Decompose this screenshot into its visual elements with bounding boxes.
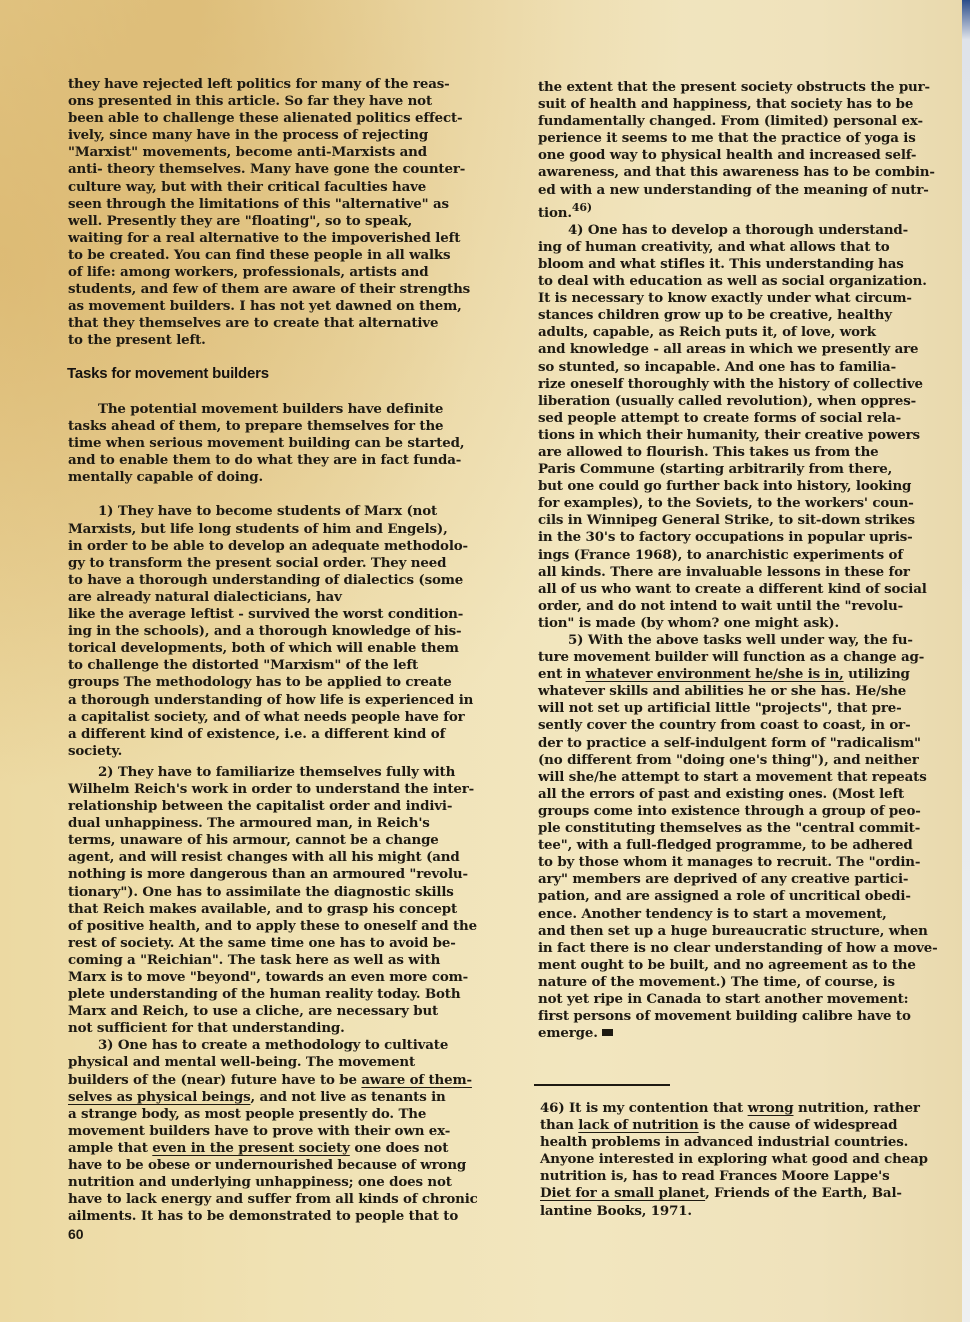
text-line: have to lack energy and suffer from all … (68, 1191, 496, 1208)
text-line: all of us who want to create a different… (538, 581, 970, 598)
task-5-paragraph: 5) With the above tasks well under way, … (538, 632, 970, 1042)
text-line: selves as physical beings, and not live … (68, 1089, 496, 1106)
text-line: ary" members are deprived of any creativ… (538, 871, 970, 888)
text-line: tasks ahead of them, to prepare themselv… (68, 418, 496, 435)
text-line: and knowledge - all areas in which we pr… (538, 341, 970, 358)
text-line: nothing is more dangerous than an armour… (68, 866, 496, 883)
text-line: not yet ripe in Canada to start another … (538, 991, 970, 1008)
text-line: to by those whom it manages to recruit. … (538, 854, 970, 871)
text-line: of positive health, and to apply these t… (68, 918, 496, 935)
text: is the cause of widespread (699, 1117, 898, 1133)
page-number: 60 (68, 1226, 84, 1242)
section-heading: Tasks for movement builders (67, 365, 269, 382)
task-1-paragraph: 1) They have to become students of Marx … (68, 503, 496, 759)
text-line: groups come into existence through a gro… (538, 803, 970, 820)
text-line: to have a thorough understanding of dial… (68, 572, 496, 589)
text-line: order, and do not intend to wait until t… (538, 598, 970, 615)
underlined-text: aware of them- (361, 1072, 472, 1088)
underlined-text: whatever environment he/she is in, (586, 666, 844, 682)
text-line: not sufficient for that understanding. (68, 1020, 496, 1037)
footnote: 46) It is my contention that wrong nutri… (540, 1100, 970, 1220)
text-line: seen through the limitations of this "al… (68, 196, 496, 213)
text: one does not (350, 1140, 448, 1156)
text-line: It is necessary to know exactly under wh… (538, 290, 970, 307)
text-line: tions in which their humanity, their cre… (538, 427, 970, 444)
text-line: 46) It is my contention that wrong nutri… (540, 1100, 970, 1117)
text-line: Anyone interested in exploring what good… (540, 1151, 970, 1168)
text-line: awareness, and that this awareness has t… (538, 164, 970, 181)
text: 46) It is my contention that (540, 1100, 748, 1116)
text-line: pation, and are assigned a role of uncri… (538, 888, 970, 905)
text-line: anti- theory themselves. Many have gone … (68, 161, 496, 178)
text-line: that they themselves are to create that … (68, 315, 496, 332)
text-line: a strange body, as most people presently… (68, 1106, 496, 1123)
text-line: ample that even in the present society o… (68, 1140, 496, 1157)
text: utilizing (844, 666, 910, 682)
footnote-reference[interactable]: 46) (572, 201, 592, 214)
underlined-text: wrong (748, 1100, 794, 1116)
text-line: adults, capable, as Reich puts it, of lo… (538, 324, 970, 341)
text-line: movement builders have to prove with the… (68, 1123, 496, 1140)
text-line: rest of society. At the same time one ha… (68, 935, 496, 952)
text-line: (no different from "doing one's thing"),… (538, 752, 970, 769)
text-line: perience it seems to me that the practic… (538, 130, 970, 147)
text-line: as movement builders. I has not yet dawn… (68, 298, 496, 315)
text-line: tee", with a full-fledged programme, to … (538, 837, 970, 854)
text-line: The potential movement builders have def… (68, 401, 496, 418)
text: nutrition, rather (793, 1100, 919, 1116)
text-line: rize oneself thoroughly with the history… (538, 376, 970, 393)
text-line: fundamentally changed. From (limited) pe… (538, 113, 970, 130)
text-line: ed with a new understanding of the meani… (538, 182, 970, 199)
text-line: ent in whatever environment he/she is in… (538, 666, 970, 683)
text-line: in the 30's to factory occupations in po… (538, 529, 970, 546)
text-line: relationship between the capitalist orde… (68, 798, 496, 815)
text-line: nutrition is, has to read Frances Moore … (540, 1168, 970, 1185)
text-line: are already natural dialecticians, hav (68, 589, 496, 606)
text-line: cils in Winnipeg General Strike, to sit-… (538, 512, 970, 529)
text-line: health problems in advanced industrial c… (540, 1134, 970, 1151)
text-line: "Marxist" movements, become anti-Marxist… (68, 144, 496, 161)
text-line: plete understanding of the human reality… (68, 986, 496, 1003)
text-line: lantine Books, 1971. (540, 1203, 970, 1220)
task-2-paragraph: 2) They have to familiarize themselves f… (68, 764, 496, 1038)
text-line: 4) One has to develop a thorough underst… (538, 222, 970, 239)
text-line: are allowed to flourish. This takes us f… (538, 444, 970, 461)
text-line: bloom and what stifles it. This understa… (538, 256, 970, 273)
task-3-paragraph: 3) One has to create a methodology to cu… (68, 1037, 496, 1225)
text: ent in (538, 666, 586, 682)
text-line: for examples), to the Soviets, to the wo… (538, 495, 970, 512)
text-line: ons presented in this article. So far th… (68, 93, 496, 110)
text-line: like the average leftist - survived the … (68, 606, 496, 623)
text-line: in order to be able to develop an adequa… (68, 538, 496, 555)
text-line: coming a "Reichian". The task here as we… (68, 952, 496, 969)
text-line: ing of human creativity, and what allows… (538, 239, 970, 256)
text-line: ence. Another tendency is to start a mov… (538, 906, 970, 923)
text-line: Wilhelm Reich's work in order to underst… (68, 781, 496, 798)
text-line: waiting for a real alternative to the im… (68, 230, 496, 247)
text-line: agent, and will resist changes with all … (68, 849, 496, 866)
text-line: Marx is to move "beyond", towards an eve… (68, 969, 496, 986)
text: , and not live as tenants in (250, 1089, 445, 1105)
text-line: physical and mental well-being. The move… (68, 1054, 496, 1071)
text: emerge. (538, 1025, 598, 1041)
text-line: sently cover the country from coast to c… (538, 717, 970, 734)
text-line: builders of the (near) future have to be… (68, 1072, 496, 1089)
text-line: ively, since many have in the process of… (68, 127, 496, 144)
text-line: ailments. It has to be demonstrated to p… (68, 1208, 496, 1225)
text-line: suit of health and happiness, that socie… (538, 96, 970, 113)
text-line: groups The methodology has to be applied… (68, 674, 496, 691)
text-line: nature of the movement.) The time, of co… (538, 974, 970, 991)
text-line: liberation (usually called revolution), … (538, 393, 970, 410)
text-line: the extent that the present society obst… (538, 79, 970, 96)
text-line: sed people attempt to create forms of so… (538, 410, 970, 427)
text-line: Diet for a small planet, Friends of the … (540, 1185, 970, 1202)
text-line: Marx and Reich, to use a cliche, are nec… (68, 1003, 496, 1020)
task-4-paragraph: 4) One has to develop a thorough underst… (538, 222, 970, 632)
text-line: torical developments, both of which will… (68, 640, 496, 657)
text-line: a thorough understanding of how life is … (68, 692, 496, 709)
text-line: that Reich makes available, and to grasp… (68, 901, 496, 918)
text-line: all kinds. There are invaluable lessons … (538, 564, 970, 581)
text-line: first persons of movement building calib… (538, 1008, 970, 1025)
text: ample that (68, 1140, 152, 1156)
text-line: society. (68, 743, 496, 760)
text-line: der to practice a self-indulgent form of… (538, 735, 970, 752)
text-line: will not set up artificial little "proje… (538, 700, 970, 717)
text-line: and to enable them to do what they are i… (68, 452, 496, 469)
text: builders of the (near) future have to be (68, 1072, 361, 1088)
text-line: and then set up a huge bureaucratic stru… (538, 923, 970, 940)
text-line: time when serious movement building can … (68, 435, 496, 452)
text-line: ment ought to be built, and no agreement… (538, 957, 970, 974)
underlined-text: lack of nutrition (578, 1117, 698, 1133)
text-line: tionary"). One has to assimilate the dia… (68, 884, 496, 901)
task-3-continued-paragraph: the extent that the present society obst… (538, 79, 970, 199)
text-line: to be created. You can find these people… (68, 247, 496, 264)
text-line: to deal with education as well as social… (538, 273, 970, 290)
text-line: well. Presently they are "floating", so … (68, 213, 496, 230)
intro-paragraph: they have rejected left politics for man… (68, 76, 496, 350)
text-line: 2) They have to familiarize themselves f… (68, 764, 496, 781)
text-line: ture movement builder will function as a… (538, 649, 970, 666)
text-line: dual unhappiness. The armoured man, in R… (68, 815, 496, 832)
text-line: 1) They have to become students of Marx … (68, 503, 496, 520)
text-line: mentally capable of doing. (68, 469, 496, 486)
text-line: Marxists, but life long students of him … (68, 521, 496, 538)
text: tion. (538, 205, 572, 221)
text-line: stances children grow up to be creative,… (538, 307, 970, 324)
text-line: to challenge the distorted "Marxism" of … (68, 657, 496, 674)
text-line: will she/he attempt to start a movement … (538, 769, 970, 786)
text-line: in fact there is no clear understanding … (538, 940, 970, 957)
left-column: they have rejected left politics for man… (68, 76, 496, 350)
right-column: the extent that the present society obst… (538, 79, 970, 1042)
text-line: gy to transform the present social order… (68, 555, 496, 572)
text-line: they have rejected left politics for man… (68, 76, 496, 93)
text-line: tion.46) (538, 199, 970, 222)
book-title: Diet for a small planet (540, 1185, 705, 1201)
underlined-text: even in the present society (152, 1140, 350, 1156)
tasks-intro-paragraph: The potential movement builders have def… (68, 401, 496, 486)
text-line: to the present left. (68, 332, 496, 349)
end-of-article-mark-icon (602, 1029, 613, 1036)
text: than (540, 1117, 578, 1133)
underlined-text: selves as physical beings (68, 1089, 250, 1105)
text-line: students, and few of them are aware of t… (68, 281, 496, 298)
text-line: but one could go further back into histo… (538, 478, 970, 495)
text-line: ple constituting themselves as the "cent… (538, 820, 970, 837)
text-line: ing in the schools), and a thorough know… (68, 623, 496, 640)
text-line: emerge. (538, 1025, 970, 1042)
text-line: a capitalist society, and of what needs … (68, 709, 496, 726)
text-line: nutrition and underlying unhappiness; on… (68, 1174, 496, 1191)
text-line: all the errors of past and existing ones… (538, 786, 970, 803)
text-line: ings (France 1968), to anarchistic exper… (538, 547, 970, 564)
text-line: a different kind of existence, i.e. a di… (68, 726, 496, 743)
text-line: 3) One has to create a methodology to cu… (68, 1037, 496, 1054)
text-line: culture way, but with their critical fac… (68, 179, 496, 196)
text-line: than lack of nutrition is the cause of w… (540, 1117, 970, 1134)
text-line: tion" is made (by whom? one might ask). (538, 615, 970, 632)
text-line: of life: among workers, professionals, a… (68, 264, 496, 281)
text-line: 5) With the above tasks well under way, … (538, 632, 970, 649)
text-line: whatever skills and abilities he or she … (538, 683, 970, 700)
footnote-divider (534, 1084, 670, 1086)
text-line: been able to challenge these alienated p… (68, 110, 496, 127)
text-line: terms, unaware of his armour, cannot be … (68, 832, 496, 849)
text-line: Paris Commune (starting arbitrarily from… (538, 461, 970, 478)
text-line: have to be obese or undernourished becau… (68, 1157, 496, 1174)
text-line: so stunted, so incapable. And one has to… (538, 359, 970, 376)
left-column-tasks: The potential movement builders have def… (68, 401, 496, 1225)
task-5-body: whatever skills and abilities he or she … (538, 683, 970, 1025)
text-line: one good way to physical health and incr… (538, 147, 970, 164)
text: , Friends of the Earth, Bal- (705, 1185, 902, 1201)
